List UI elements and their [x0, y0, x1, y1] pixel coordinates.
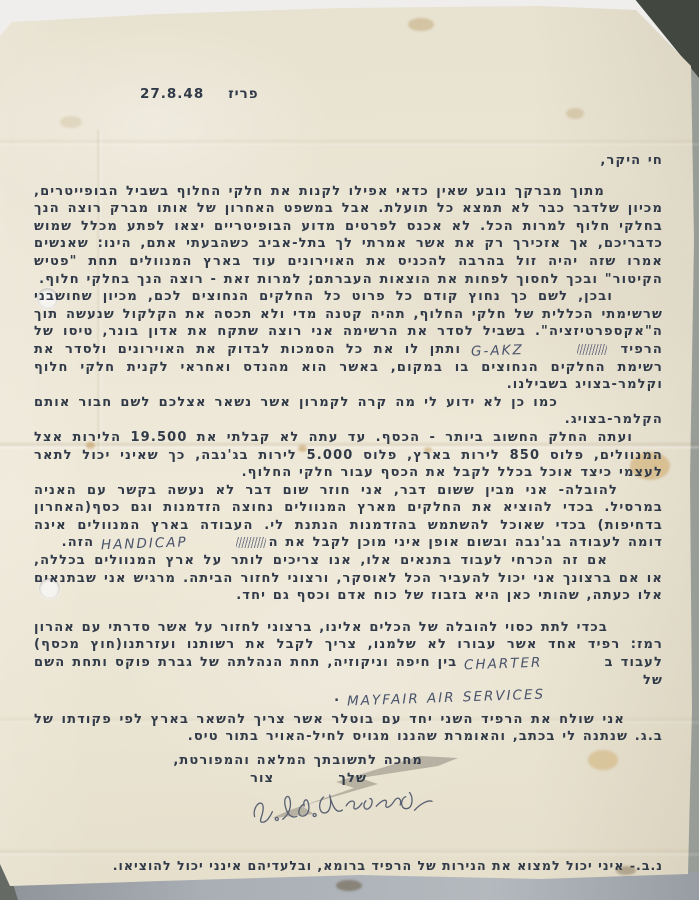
date-line: פריז27.8.48 — [140, 86, 259, 102]
paragraph: כמו כן לא ידוע לי מה קרה לקמרון אשר נשאר… — [34, 394, 663, 429]
date: 27.8.48 — [140, 86, 204, 102]
postscript-line: נ.ב.- איני יכול למצוא את הנירות של הרפיד… — [34, 858, 663, 873]
paragraph: MAYFAIR AIR SERVICES . — [34, 689, 545, 707]
typed-text: כמו כן לא ידוע לי מה קרה לקמרון אשר נשאר… — [34, 395, 663, 428]
closing-line: מחכה לתשובתך המלאה והמפורטת, — [34, 752, 423, 770]
letter-content: פריז27.8.48 חי היקר, מתוך מברקך נובע שאי… — [0, 0, 699, 900]
scribble-blot — [236, 537, 266, 548]
paragraph: אם זה הכרחי לעבוד בתנאים אלו, אנו צריכים… — [34, 552, 663, 605]
paragraph: להובלה- אני מבין ששום דבר, אני חוזר שום … — [34, 482, 663, 552]
paragraph: מתוך מברקך נובע שאין כדאי אפילו לקנות את… — [34, 183, 663, 289]
typed-text: אם זה הכרחי לעבוד בתנאים אלו, אנו צריכים… — [34, 553, 663, 603]
greeting: חי היקר, — [34, 152, 663, 170]
handwritten-annotation: MAYFAIR AIR SERVICES — [347, 687, 546, 711]
scanned-letter-page: פריז27.8.48 חי היקר, מתוך מברקך נובע שאי… — [0, 0, 699, 900]
signature-scribble — [247, 773, 439, 833]
scribble-blot — [577, 344, 607, 355]
typed-text: אני שולח את הרפיד השני יחד עם בוטלר אשר … — [34, 712, 663, 745]
handwritten-annotation: G-AKZ — [471, 340, 574, 361]
typed-text: ועתה החלק החשוב ביותר - הכסף. עד עתה לא … — [34, 430, 663, 480]
typed-text: מתוך מברקך נובע שאין כדאי אפילו לקנות את… — [34, 184, 663, 287]
letter-body: חי היקר, מתוך מברקך נובע שאין כדאי אפילו… — [34, 152, 663, 787]
paragraph: אני שולח את הרפיד השני יחד עם בוטלר אשר … — [34, 711, 663, 746]
paragraphs: מתוך מברקך נובע שאין כדאי אפילו לקנות את… — [34, 183, 663, 746]
handwritten-annotation: CHARTER — [464, 653, 598, 675]
typed-text: הזה. — [62, 535, 101, 550]
sign-block: מחכה לתשובתך המלאה והמפורטת, שלךצור — [34, 752, 663, 787]
place: פריז — [228, 86, 258, 102]
paragraph: בכדי לתת כסוי להובלה של הכלים אלינו, ברצ… — [34, 619, 663, 689]
paragraph: ובכן, לשם כך נחוץ קודם כל פרוט כל החלקים… — [34, 288, 663, 394]
typed-text: . — [334, 690, 347, 705]
paragraph: ועתה החלק החשוב ביותר - הכסף. עד עתה לא … — [34, 429, 663, 482]
